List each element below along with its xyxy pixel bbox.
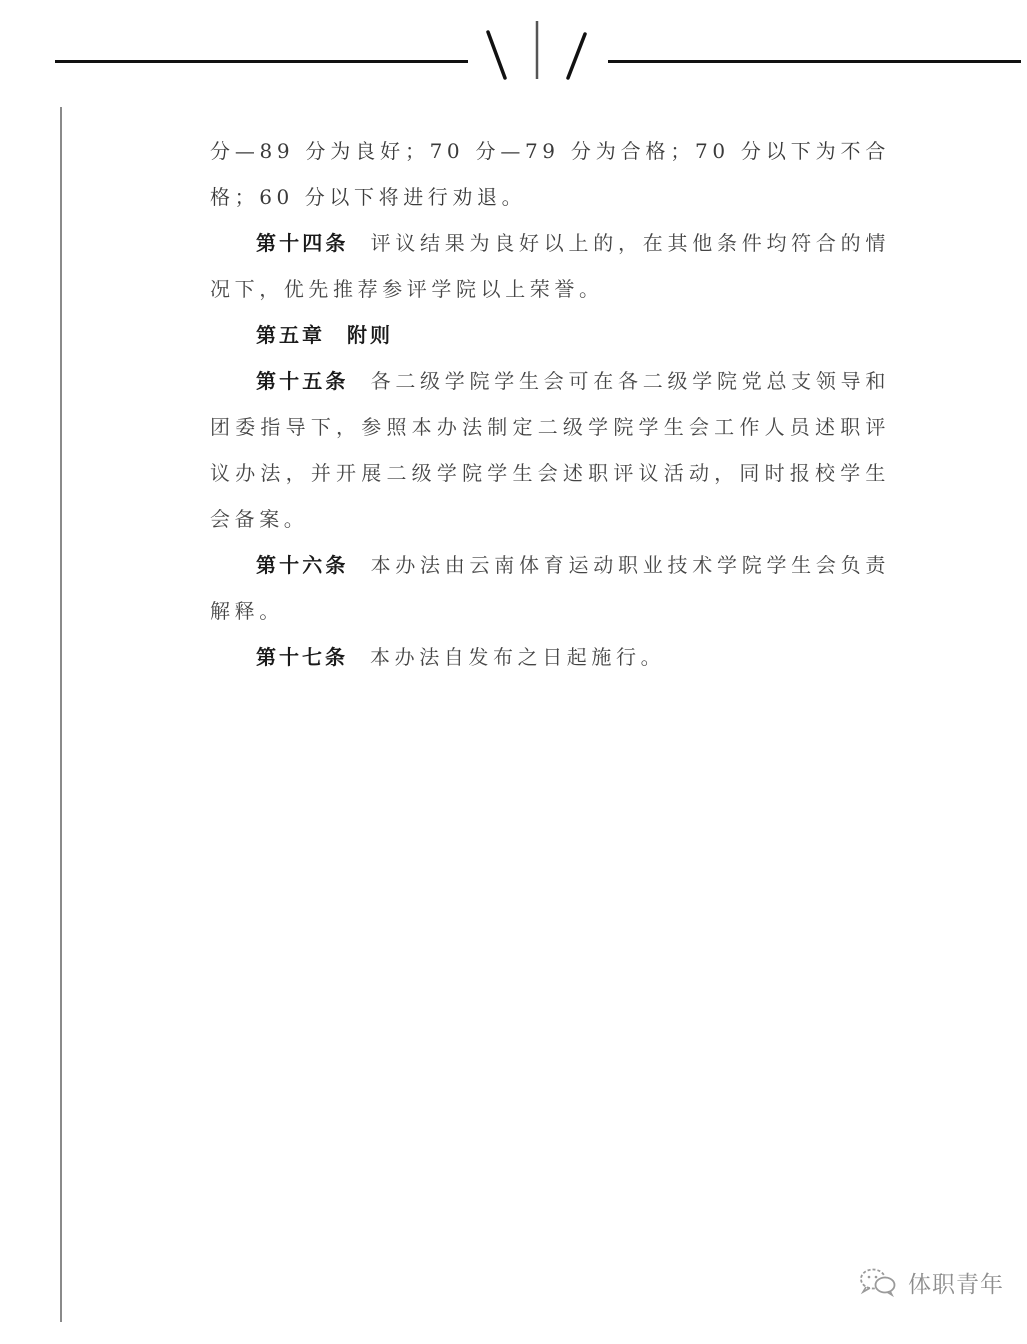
- chapter-title: 附则: [347, 323, 393, 347]
- article-15: 第十五条各二级学院学生会可在各二级学院党总支领导和团委指导下，参照本办法制定二级…: [210, 358, 890, 542]
- chapter-number: 第五章: [256, 323, 325, 347]
- article-label: 第十六条: [256, 553, 349, 577]
- article-label: 第十五条: [256, 369, 349, 393]
- header-divider-left: [55, 60, 468, 63]
- article-label: 第十七条: [256, 645, 348, 669]
- account-watermark: 体职青年: [858, 1262, 1004, 1302]
- article-text: 本办法自发布之日起施行。: [370, 645, 665, 669]
- chapter-heading: 第五章附则: [210, 312, 890, 358]
- article-16: 第十六条本办法由云南体育运动职业技术学院学生会负责解释。: [210, 542, 890, 634]
- continuation-paragraph: 分—89 分为良好；70 分—79 分为合格；70 分以下为不合格；60 分以下…: [210, 128, 890, 220]
- watermark-text: 体职青年: [908, 1266, 1004, 1299]
- article-17: 第十七条本办法自发布之日起施行。: [210, 634, 890, 680]
- article-text: 各二级学院学生会可在各二级学院党总支领导和团委指导下，参照本办法制定二级学院学生…: [210, 369, 890, 531]
- document-body: 分—89 分为良好；70 分—79 分为合格；70 分以下为不合格；60 分以下…: [210, 128, 890, 680]
- article-label: 第十四条: [256, 231, 349, 255]
- header-divider-right: [608, 60, 1021, 63]
- wechat-icon: [858, 1266, 898, 1298]
- left-margin-rule: [60, 107, 62, 1322]
- divider-ornament-icon: [480, 18, 600, 82]
- article-14: 第十四条评议结果为良好以上的，在其他条件均符合的情况下，优先推荐参评学院以上荣誉…: [210, 220, 890, 312]
